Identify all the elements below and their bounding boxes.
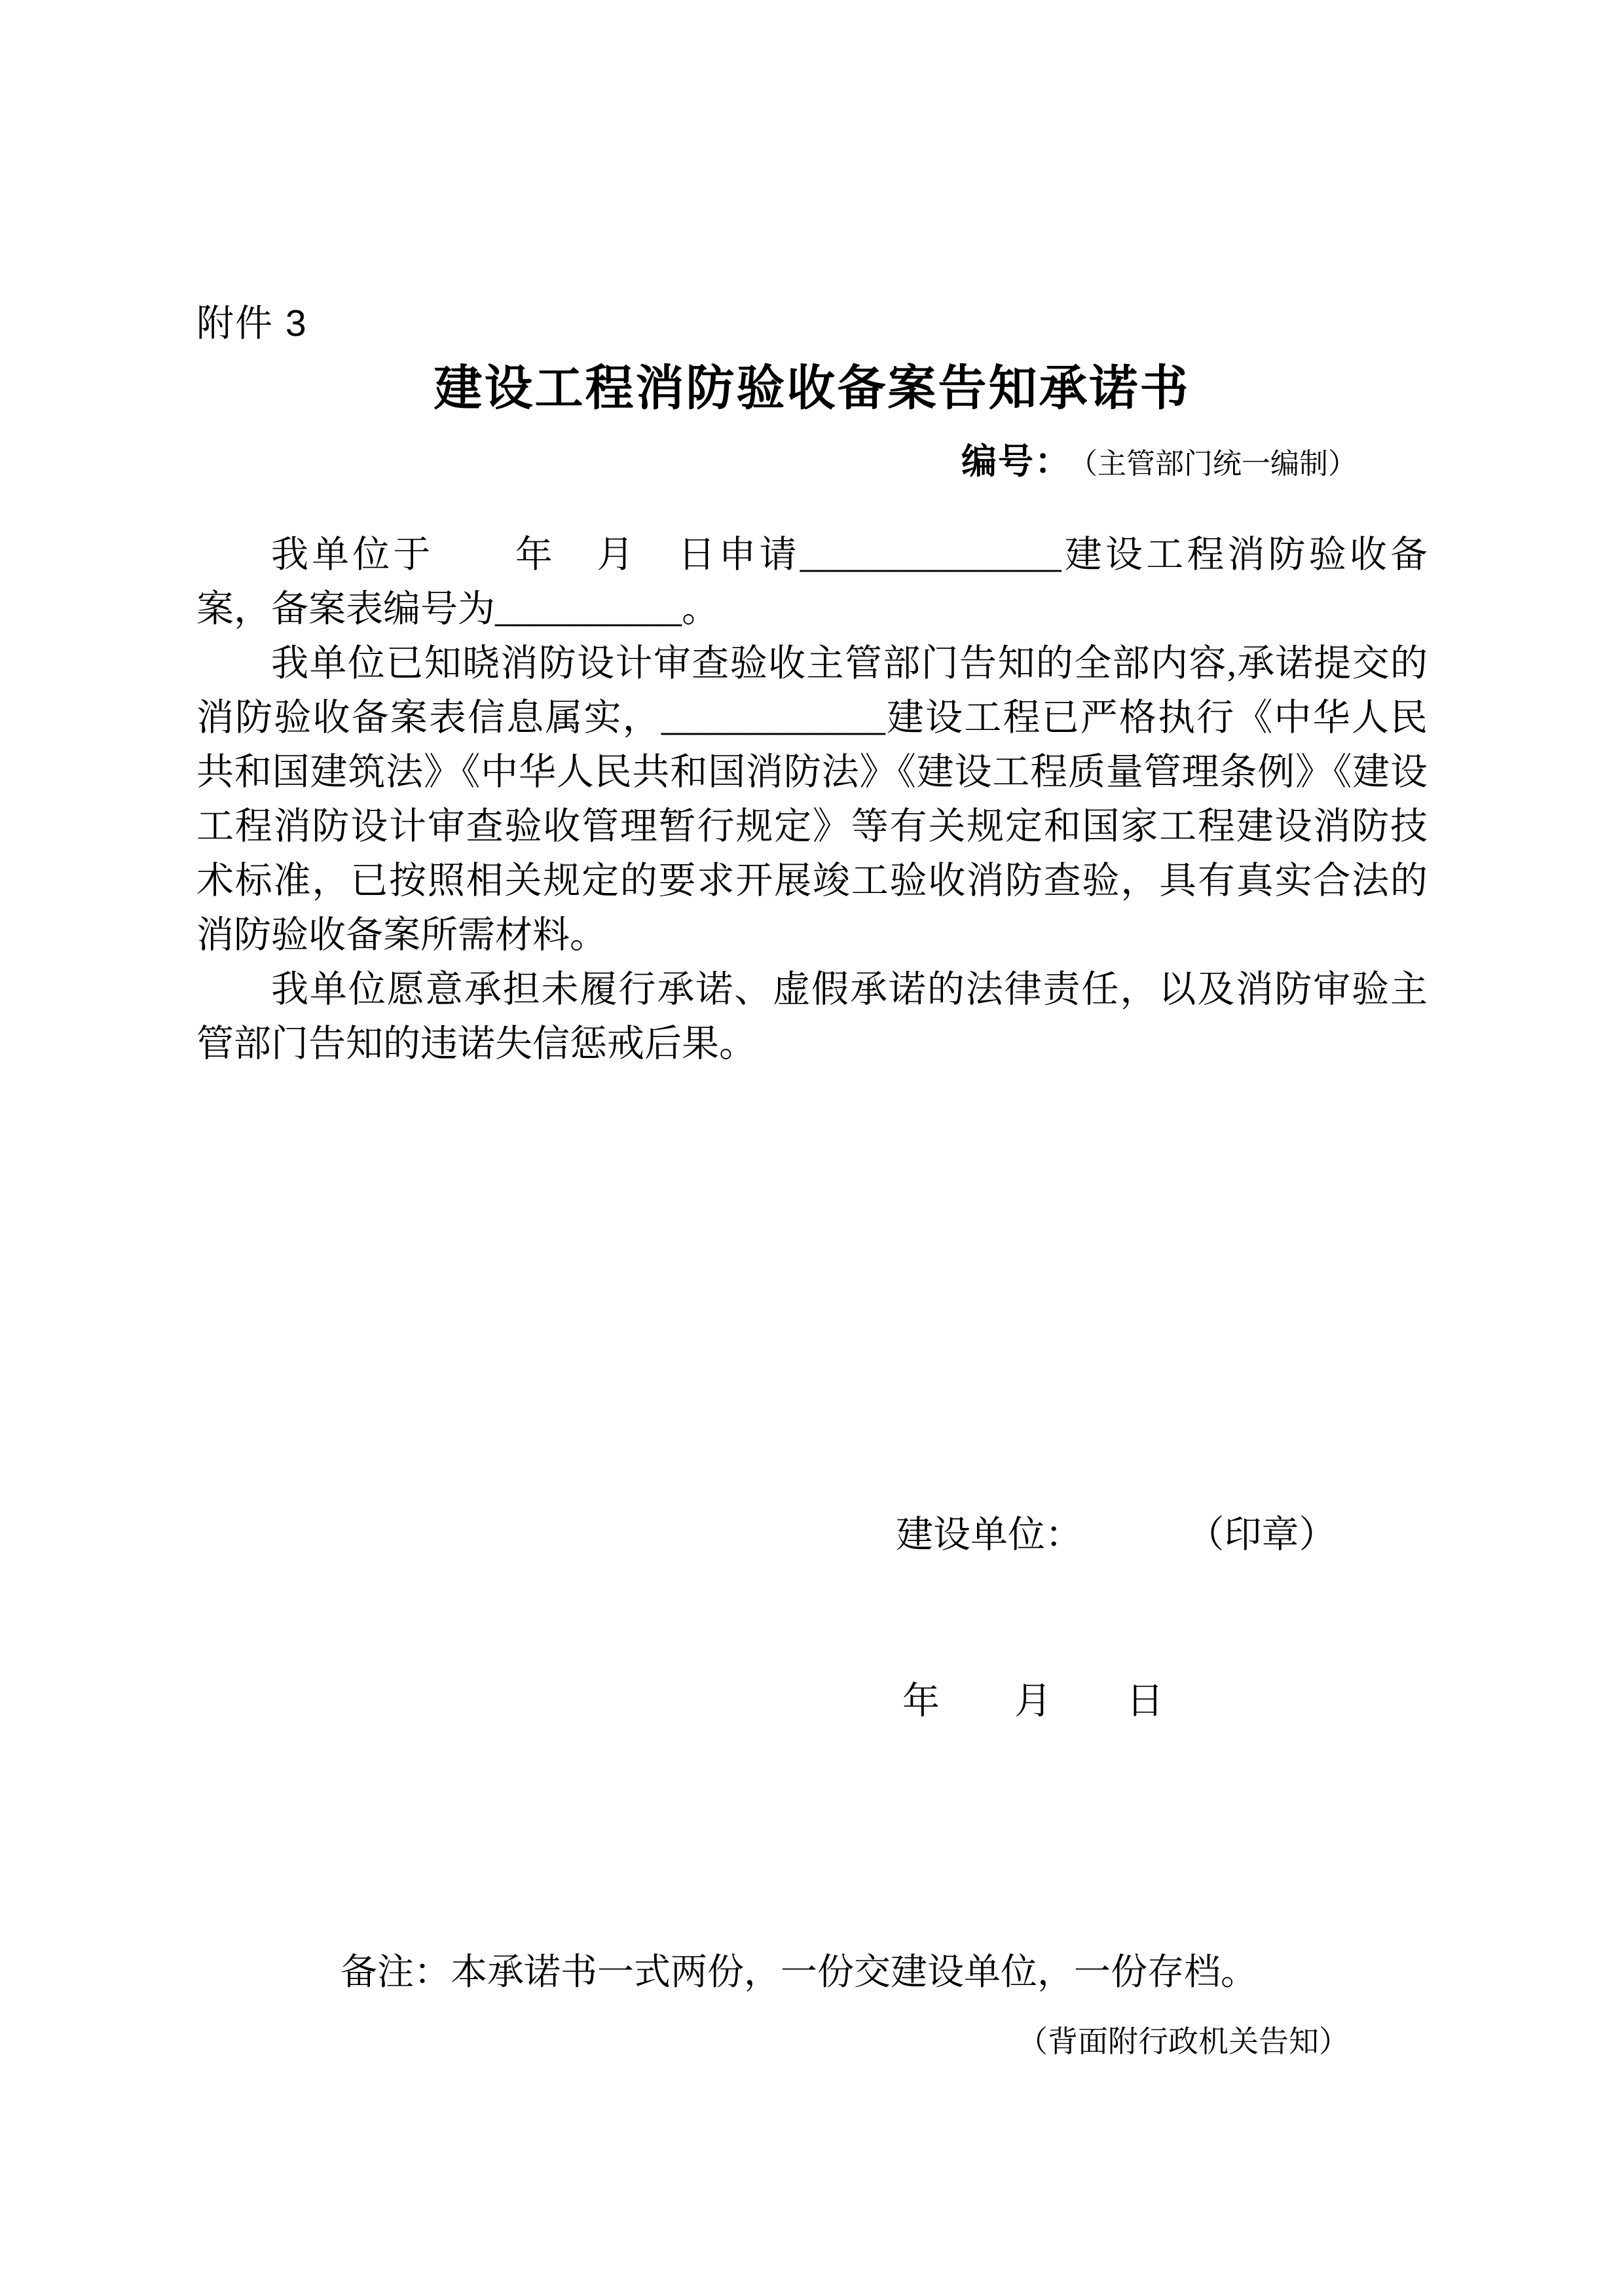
paragraph-commitment: 我单位已知晓消防设计审查验收主管部门告知的全部内容,承诺提交的消防验收备案表信息… bbox=[196, 636, 1428, 962]
number-line: 编号：（主管部门统一编制） bbox=[961, 433, 1357, 484]
seal-label: （印章） bbox=[1206, 1514, 1337, 1556]
document-page: 附件 3 建设工程消防验收备案告知承诺书 编号：（主管部门统一编制） 我单位于 … bbox=[0, 0, 1624, 2296]
date-line: 年 月 日 bbox=[902, 1671, 1164, 1724]
signature-line: 建设单位：（印章） bbox=[896, 1504, 1337, 1558]
document-body: 我单位于 年 月 日申请______________建设工程消防验收备案，备案表… bbox=[196, 528, 1428, 1071]
number-label: 编号： bbox=[961, 442, 1071, 481]
back-note: （背面附行政机关告知） bbox=[1018, 2018, 1349, 2061]
remark-line: 备注：本承诺书一式两份，一份交建设单位，一份存档。 bbox=[341, 1943, 1257, 1995]
paragraph-liability: 我单位愿意承担未履行承诺、虚假承诺的法律责任，以及消防审验主管部门告知的违诺失信… bbox=[196, 962, 1428, 1071]
paragraph-application: 我单位于 年 月 日申请______________建设工程消防验收备案，备案表… bbox=[196, 528, 1428, 636]
page-title: 建设工程消防验收备案告知承诺书 bbox=[0, 350, 1624, 419]
number-note: （主管部门统一编制） bbox=[1083, 448, 1357, 480]
attachment-label: 附件 3 bbox=[196, 293, 308, 347]
construction-unit-label: 建设单位： bbox=[896, 1514, 1082, 1556]
